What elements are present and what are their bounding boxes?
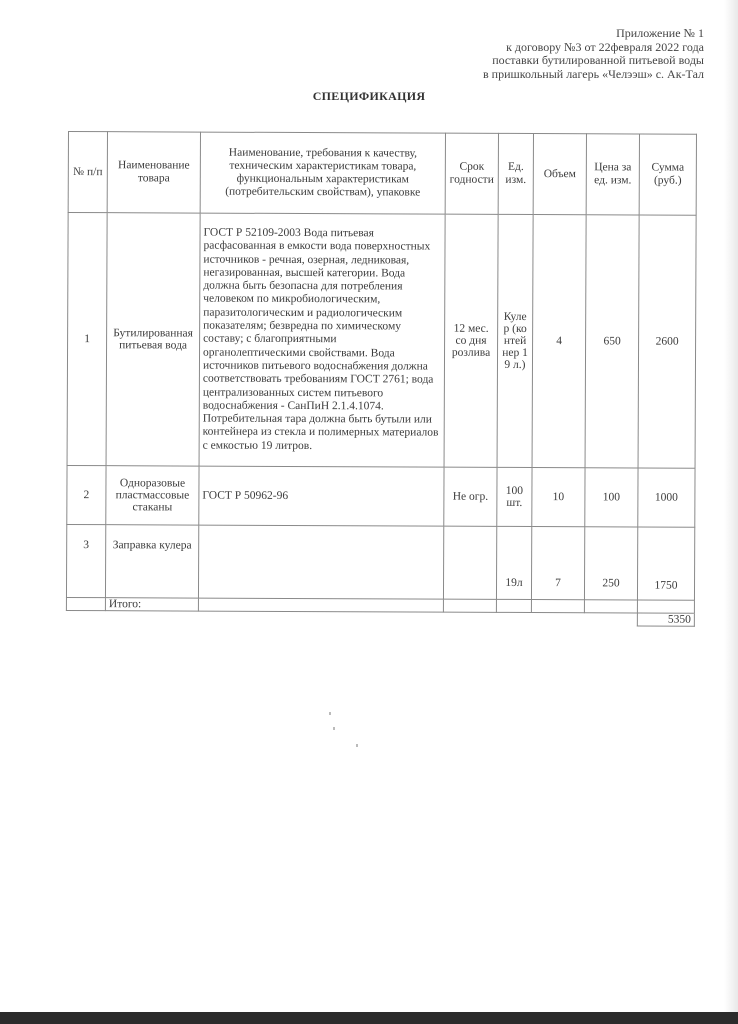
cell-volume: 10 — [532, 468, 585, 527]
appendix-line: в пришкольный лагерь «Челээш» с. Ак-Тал — [483, 68, 704, 82]
cell-empty — [198, 598, 443, 612]
appendix-note: Приложение № 1 к договору №3 от 22феврал… — [483, 27, 704, 81]
cell-unit: 19л — [496, 526, 531, 599]
table-row: 2 Одноразовые пластмассовые стаканы ГОСТ… — [67, 465, 695, 527]
cell-unit-price: 250 — [584, 527, 637, 600]
cell-empty — [66, 597, 105, 610]
column-header-volume: Объем — [533, 134, 586, 215]
appendix-line: к договору №3 от 22февраля 2022 года — [483, 41, 704, 55]
cell-requirements: ГОСТ Р 52109-2003 Вода питьевая расфасов… — [199, 213, 445, 467]
specification-table: № п/п Наименование товара Наименование, … — [66, 131, 697, 627]
column-header-requirements: Наименование, требования к качеству, тех… — [200, 132, 445, 214]
cell-product-name: Заправка кулера — [105, 525, 198, 598]
appendix-line: Приложение № 1 — [483, 27, 704, 41]
column-header-product-name: Наименование товара — [107, 132, 200, 213]
cell-shelf-life: 12 мес. со дня розлива — [444, 214, 498, 467]
total-sum-row: 5350 — [66, 610, 694, 626]
cell-requirements: ГОСТ Р 50962-96 — [199, 466, 444, 526]
column-header-unit-price: Цена за ед. изм. — [586, 134, 639, 215]
table-row: 1 Бутилированная питьевая вода ГОСТ Р 52… — [67, 213, 696, 469]
cell-requirements — [198, 525, 443, 599]
scan-page-edge — [724, 0, 738, 1012]
column-header-shelf-life: Срок годности — [445, 133, 498, 214]
cell-unit: 100 шт. — [497, 467, 532, 526]
cell-volume: 7 — [531, 527, 584, 600]
cell-number: 2 — [67, 465, 106, 524]
cell-shelf-life — [443, 526, 496, 599]
total-sum: 5350 — [637, 613, 694, 626]
scan-speck — [356, 744, 358, 747]
column-header-unit: Ед. изм. — [498, 133, 533, 214]
cell-sum: 1750 — [637, 527, 694, 600]
table-header-row: № п/п Наименование товара Наименование, … — [68, 132, 696, 216]
cell-shelf-life: Не огр. — [444, 467, 497, 526]
column-header-sum: Сумма (руб.) — [639, 134, 696, 215]
total-label: Итого: — [105, 598, 198, 611]
column-header-number: № п/п — [68, 132, 107, 213]
cell-number: 3 — [66, 524, 105, 597]
cell-sum: 2600 — [638, 215, 696, 468]
scan-speck — [329, 712, 331, 715]
cell-product-name: Одноразовые пластмассовые стаканы — [106, 466, 199, 525]
cell-unit-price: 100 — [585, 468, 638, 527]
cell-volume: 4 — [532, 215, 586, 468]
cell-product-name: Бутилированная питьевая вода — [106, 213, 200, 466]
cell-empty — [496, 599, 531, 612]
document-page: Приложение № 1 к договору №3 от 22феврал… — [0, 0, 738, 1012]
cell-sum: 1000 — [638, 468, 695, 527]
table-row: 3 Заправка кулера 19л 7 250 1750 — [66, 524, 694, 600]
cell-number: 1 — [67, 213, 107, 466]
cell-empty — [66, 610, 637, 625]
appendix-line: поставки бутилированной питьевой воды — [483, 54, 704, 68]
cell-empty — [443, 599, 496, 612]
cell-empty — [584, 600, 637, 613]
document-title: СПЕЦИФИКАЦИЯ — [0, 89, 738, 104]
cell-unit-price: 650 — [585, 215, 639, 468]
scan-bottom-border — [0, 1012, 738, 1024]
cell-unit: Кулер (контейнер 19 л.) — [497, 214, 533, 467]
scan-speck — [333, 727, 335, 730]
cell-empty — [637, 600, 694, 613]
cell-empty — [531, 600, 584, 613]
